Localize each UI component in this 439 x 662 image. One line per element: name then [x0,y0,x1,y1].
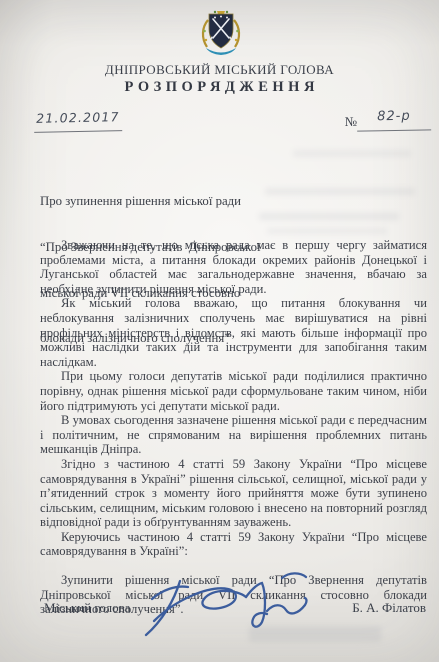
document-date-field: 21.02.2017 [34,109,122,133]
bleedthrough-artifact [293,150,411,157]
body-paragraph: Керуючись частиною 4 статті 59 Закону Ук… [40,530,427,559]
subject-line: Про зупинення рішення міської ради [40,194,290,209]
bleedthrough-artifact [259,213,399,220]
signature-row: Міський голова Б. А. Філатов [44,600,426,616]
body-paragraph: Як міський голова вважаю, що питання бло… [40,296,427,369]
number-sign-label: № [345,114,357,131]
bleedthrough-artifact [267,228,387,234]
body-paragraph: Згідно з частиною 4 статті 59 Закону Укр… [40,457,427,530]
document-type-title: РОЗПОРЯДЖЕННЯ [0,79,439,96]
bleedthrough-artifact [265,188,415,195]
signatory-position: Міський голова [44,600,130,616]
signatory-name: Б. А. Філатов [352,600,426,616]
body-paragraph: В умовах сьогодення зазначене рішення мі… [40,413,427,457]
body-paragraph: При цьому голоси депутатів міської ради … [40,369,427,413]
bleedthrough-artifact [249,626,381,642]
dnipro-coat-of-arms-icon [197,7,245,59]
handwritten-number: 82-р [357,108,431,131]
document-number-field: № 82-р [345,110,431,131]
scanned-document-page: ДНІПРОВСЬКИЙ МІСЬКИЙ ГОЛОВА РОЗПОРЯДЖЕНН… [0,0,439,662]
issuing-authority-title: ДНІПРОВСЬКИЙ МІСЬКИЙ ГОЛОВА [0,62,439,78]
body-paragraph: Зважаючи на те, що міська рада має в пер… [40,238,427,296]
document-body: Зважаючи на те, що міська рада має в пер… [40,238,427,617]
handwritten-date: 21.02.2017 [36,109,120,126]
